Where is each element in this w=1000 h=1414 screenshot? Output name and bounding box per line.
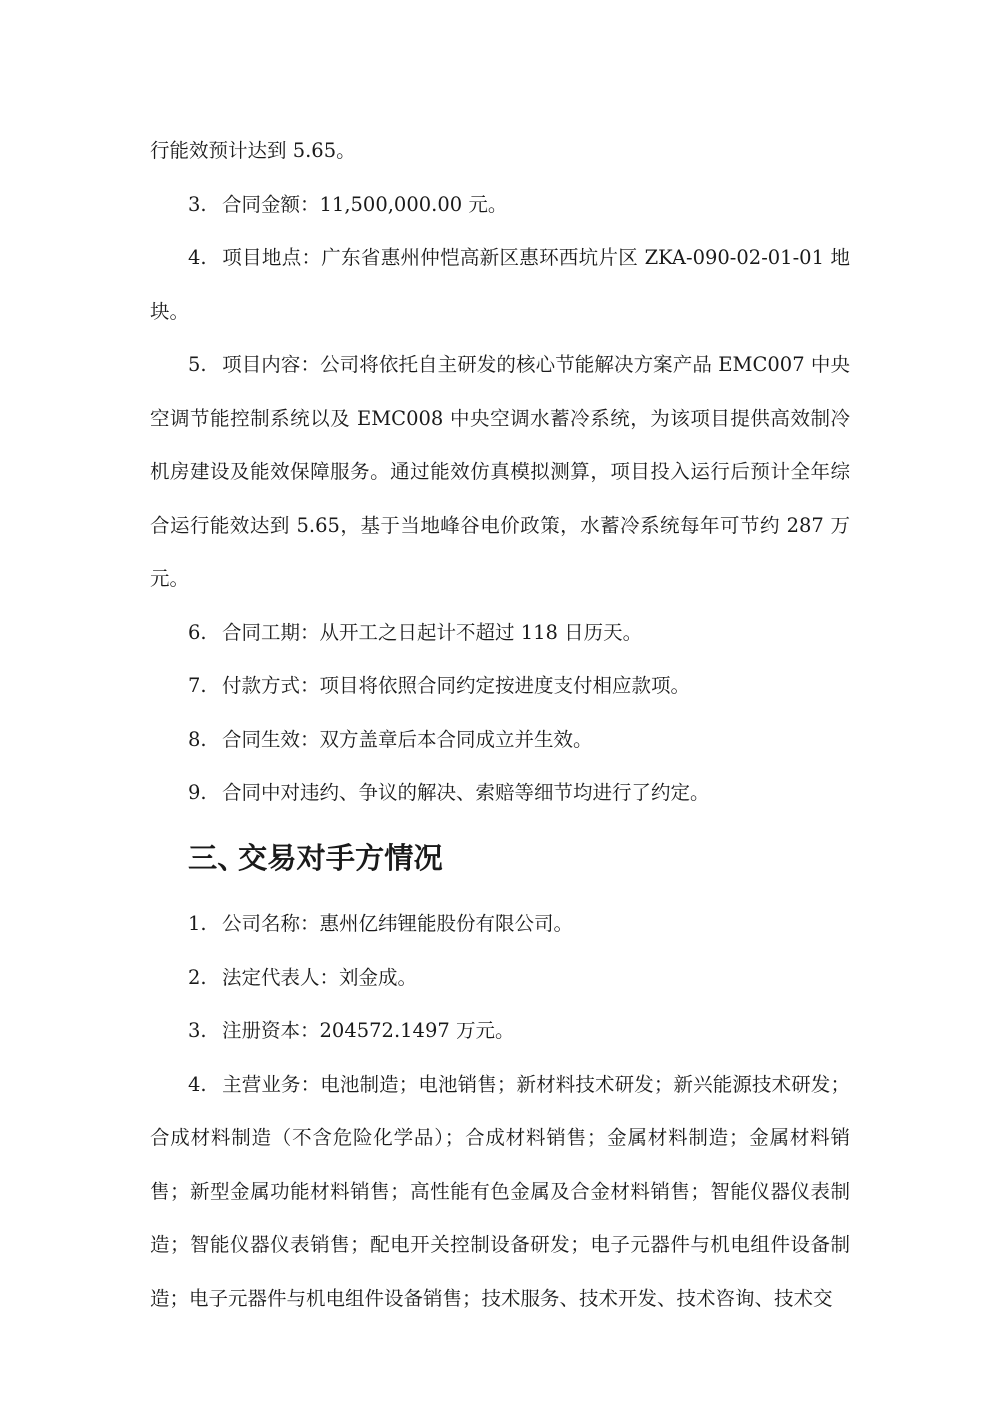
item-text: 法定代表人：刘金成。 [222, 966, 417, 989]
section-heading: 三、交易对手方情况 [150, 832, 850, 886]
contract-item-effect: 8.合同生效：双方盖章后本合同成立并生效。 [150, 713, 850, 767]
item-text: 合同中对违约、争议的解决、索赔等细节均进行了约定。 [222, 781, 710, 804]
section-number: 三、 [188, 832, 238, 886]
item-number: 6. [188, 606, 222, 660]
item-number: 5. [188, 338, 222, 392]
item-text: 合同金额：11,500,000.00 元。 [222, 193, 507, 216]
item-number: 3. [188, 178, 222, 232]
contract-terms-list: 3.合同金额：11,500,000.00 元。 4.项目地点：广东省惠州仲恺高新… [150, 178, 850, 820]
item-text: 付款方式：项目将依照合同约定按进度支付相应款项。 [222, 674, 690, 697]
document-page: 行能效预计达到 5.65。 3.合同金额：11,500,000.00 元。 4.… [150, 124, 850, 1325]
item-number: 4. [188, 231, 222, 285]
item-number: 7. [188, 659, 222, 713]
counterparty-item-name: 1.公司名称：惠州亿纬锂能股份有限公司。 [150, 897, 850, 951]
item-number: 1. [188, 897, 222, 951]
contract-item-content: 5.项目内容：公司将依托自主研发的核心节能解决方案产品 EMC007 中央空调节… [150, 338, 850, 606]
item-text: 合同生效：双方盖章后本合同成立并生效。 [222, 728, 593, 751]
contract-item-duration: 6.合同工期：从开工之日起计不超过 118 日历天。 [150, 606, 850, 660]
item-number: 9. [188, 766, 222, 820]
item-text: 主营业务：电池制造；电池销售；新材料技术研发；新兴能源技术研发；合成材料制造（不… [150, 1073, 850, 1310]
contract-item-amount: 3.合同金额：11,500,000.00 元。 [150, 178, 850, 232]
item-number: 3. [188, 1004, 222, 1058]
item-text: 注册资本：204572.1497 万元。 [222, 1019, 514, 1042]
contract-item-disputes: 9.合同中对违约、争议的解决、索赔等细节均进行了约定。 [150, 766, 850, 820]
continuation-paragraph: 行能效预计达到 5.65。 [150, 124, 850, 178]
item-text: 公司名称：惠州亿纬锂能股份有限公司。 [222, 912, 573, 935]
item-text: 项目地点：广东省惠州仲恺高新区惠环西坑片区 ZKA-090-02-01-01 地… [150, 246, 850, 323]
item-text: 合同工期：从开工之日起计不超过 118 日历天。 [222, 621, 642, 644]
contract-item-payment: 7.付款方式：项目将依照合同约定按进度支付相应款项。 [150, 659, 850, 713]
item-number: 8. [188, 713, 222, 767]
counterparty-item-capital: 3.注册资本：204572.1497 万元。 [150, 1004, 850, 1058]
counterparty-list: 1.公司名称：惠州亿纬锂能股份有限公司。 2.法定代表人：刘金成。 3.注册资本… [150, 897, 850, 1325]
item-number: 2. [188, 951, 222, 1005]
item-number: 4. [188, 1058, 222, 1112]
section-title: 交易对手方情况 [238, 841, 443, 875]
counterparty-item-business: 4.主营业务：电池制造；电池销售；新材料技术研发；新兴能源技术研发；合成材料制造… [150, 1058, 850, 1326]
contract-item-location: 4.项目地点：广东省惠州仲恺高新区惠环西坑片区 ZKA-090-02-01-01… [150, 231, 850, 338]
counterparty-item-representative: 2.法定代表人：刘金成。 [150, 951, 850, 1005]
item-text: 项目内容：公司将依托自主研发的核心节能解决方案产品 EMC007 中央空调节能控… [150, 353, 850, 590]
